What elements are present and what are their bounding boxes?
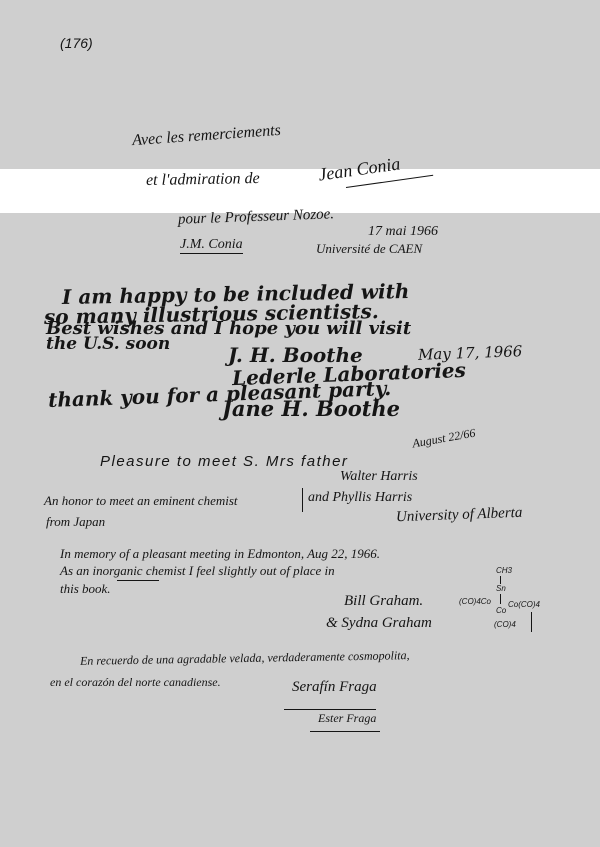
entry-line: the U.S. soon	[46, 336, 170, 353]
signature-underline	[284, 709, 376, 710]
scan-white-band	[0, 169, 600, 213]
signature: Jane H. Boothe	[222, 398, 400, 419]
page-number: (176)	[60, 36, 93, 50]
bracket-line	[531, 612, 532, 632]
entry-line: Pleasure to meet S. Mrs father	[100, 454, 348, 469]
signature: and Phyllis Harris	[308, 491, 412, 505]
structure-top: CH3	[496, 566, 512, 575]
entry-line: En recuerdo de una agradable velada, ver…	[80, 649, 410, 667]
separator-bar	[302, 488, 303, 512]
structure-left: (CO)4Co	[459, 597, 491, 606]
entry-line: Avec les remerciements	[132, 123, 282, 149]
signature: Serafín Fraga	[292, 680, 377, 695]
signature-underline	[310, 731, 380, 732]
structure-bottom: Co	[496, 606, 506, 615]
date: 17 mai 1966	[368, 225, 438, 239]
entry-line: As an inorganic chemist I feel slightly …	[60, 564, 335, 577]
bond	[500, 594, 501, 604]
structure-bottom-sub: (CO)4	[494, 620, 516, 629]
structure-center: Sn	[496, 584, 506, 593]
inorganic-underline	[117, 580, 159, 581]
entry-line: In memory of a pleasant meeting in Edmon…	[60, 547, 380, 560]
affiliation: University of Alberta	[396, 506, 523, 525]
entry-line: from Japan	[46, 515, 105, 528]
signature-mark: J.M. Conia	[180, 238, 243, 254]
entry-line: pour le Professeur Nozoe.	[178, 207, 335, 227]
signature: Bill Graham.	[344, 594, 423, 609]
entry-line: An honor to meet an eminent chemist	[44, 494, 238, 507]
entry-line: this book.	[60, 582, 111, 595]
structure-right: Co(CO)4	[508, 600, 540, 609]
signature: Ester Fraga	[318, 712, 376, 724]
signature: Walter Harris	[340, 470, 418, 484]
entry-line: en el corazón del norte canadiense.	[50, 676, 221, 688]
date: August 22/66	[411, 427, 476, 450]
entry-line: et l'admiration de	[146, 171, 260, 189]
bond	[500, 576, 501, 584]
signature: & Sydna Graham	[326, 616, 432, 631]
affiliation: Université de CAEN	[316, 242, 422, 255]
